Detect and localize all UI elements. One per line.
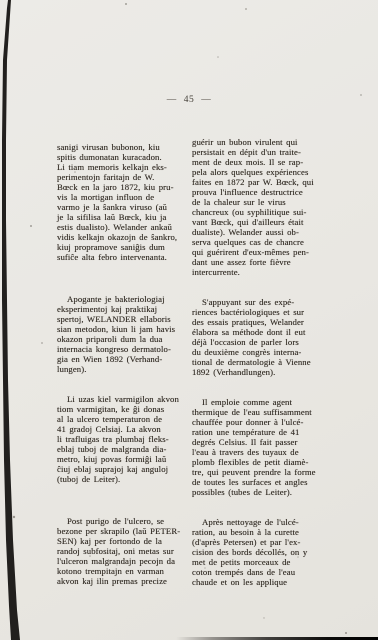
esperanto-paragraph-2: Apogante je bakteriologiaj eksperimentoj… <box>57 294 189 374</box>
page-number-dash-left: — <box>167 95 177 105</box>
french-paragraph-2: S'appuyant sur des expé- riences bactéri… <box>192 297 326 377</box>
esperanto-paragraph-4: Post purigo de l'ulcero, se bezone per s… <box>57 516 189 586</box>
page-number-header: —45— <box>0 95 378 105</box>
scanned-book-page: —45— sanigi virusan bubonon, kiu spitis … <box>0 0 378 640</box>
page-number: 45 <box>184 95 195 105</box>
right-column-french-text: guérir un bubon virulent qui persistait … <box>192 117 326 607</box>
page-number-dash-right: — <box>201 95 211 105</box>
french-paragraph-4: Après nettoyage de l'ulcé- ration, au be… <box>192 517 326 587</box>
french-paragraph-3: Il emploie comme agent thermique de l'ea… <box>192 397 326 497</box>
left-column-esperanto-text: sanigi virusan bubonon, kiu spitis dumon… <box>57 122 189 606</box>
french-paragraph-1: guérir un bubon virulent qui persistait … <box>192 137 326 277</box>
esperanto-paragraph-3: Li uzas kiel varmigilon akvon tiom varmi… <box>57 394 189 484</box>
esperanto-paragraph-1: sanigi virusan bubonon, kiu spitis dumon… <box>57 142 189 262</box>
